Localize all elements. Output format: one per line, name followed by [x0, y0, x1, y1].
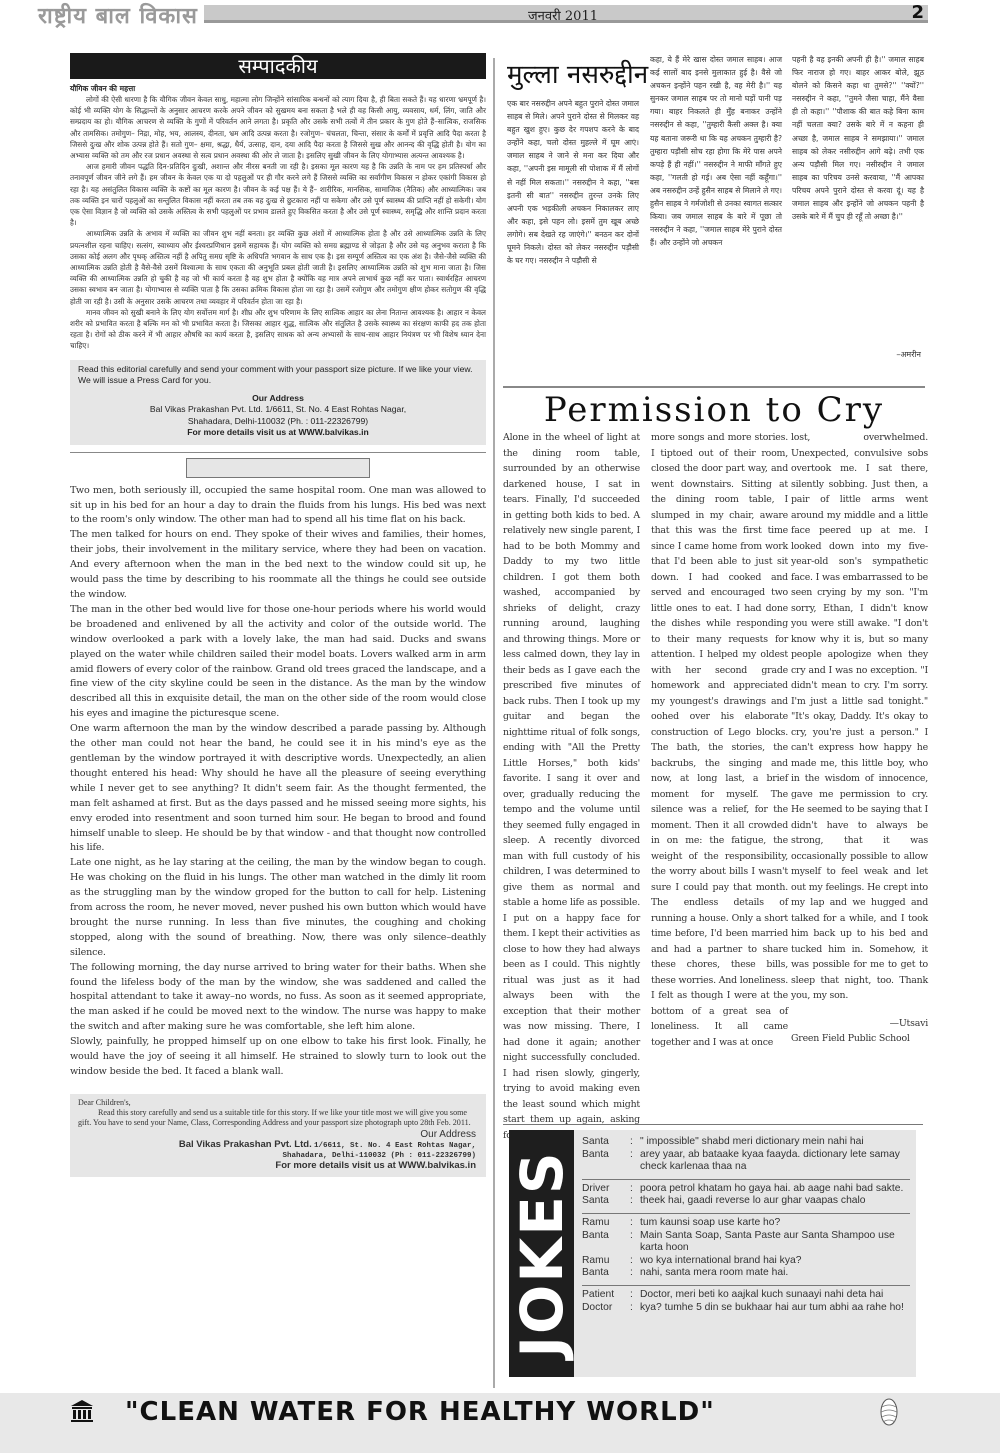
joke-item: Driver:poora petrol khatam ho gaya hai. …	[582, 1180, 910, 1214]
permission-body: Alone in the wheel of light at the dinin…	[503, 430, 925, 1135]
address-line: 1/6611, St. No. 4 East Rohtas Nagar,	[314, 1142, 476, 1150]
joke-line: nahi, santa mera room mate hai.	[640, 1267, 910, 1280]
globe-emblem-icon	[880, 1397, 898, 1427]
jokes-label-band: JOKES	[509, 1130, 574, 1377]
editorial-title: सम्पादकीय	[70, 53, 486, 79]
mulla-nasruddin-section: मुल्ला नसरुद्दीन एक बार नसरुद्दीन अपने ब…	[503, 53, 925, 373]
speaker: Banta	[582, 1149, 630, 1174]
mulla-column-1: एक बार नसरुद्दीन अपने बहुत पुराने दोस्त …	[507, 97, 639, 267]
speaker: Ramu	[582, 1255, 630, 1268]
divider	[503, 386, 925, 388]
speaker: Banta	[582, 1230, 630, 1255]
issue-date: जनवरी 2011	[528, 6, 598, 24]
joke-line: arey yaar, ab bataake kyaa faayda. dicti…	[640, 1149, 910, 1174]
address-line: Shahadara, Delhi-110032 (Ph. : 011-22326…	[78, 416, 478, 428]
jokes-list: Santa:" impossible" shabd meri dictionar…	[574, 1130, 916, 1377]
notice-text: Read this story carefully and send us a …	[78, 1108, 476, 1128]
editorial-paragraph: आध्यात्मिक उन्नति के अभाव में व्यक्ति का…	[70, 228, 486, 306]
address-heading: Our Address	[252, 393, 304, 403]
joke-line: wo kya international brand hai kya?	[640, 1255, 910, 1268]
joke-line: " impossible" shabd meri dictionary mein…	[640, 1136, 910, 1149]
mulla-column-3: पहनी है वह इनकी अपनी ही है।'' जमाल साहब …	[792, 53, 924, 223]
joke-line: theek hai, gaadi reverse lo aur ghar vaa…	[640, 1195, 910, 1208]
column-divider	[493, 58, 495, 1388]
page-number: 2	[911, 2, 924, 23]
address-line: Bal Vikas Prakashan Pvt. Ltd. 1/6611, St…	[78, 404, 478, 416]
permission-school: Green Field Public School	[791, 1031, 928, 1047]
footer-banner: "CLEAN WATER FOR HEALTHY WORLD"	[0, 1393, 1000, 1453]
speaker: Patient	[582, 1289, 630, 1302]
permission-column-3: lost, overwhelmed. Unexpected, convulsiv…	[791, 430, 928, 1047]
editorial-paragraph: लोगों की ऐसी धारणा है कि यौगिक जीवन केवल…	[70, 94, 486, 161]
permission-title: Permission to Cry	[503, 390, 925, 430]
joke-line: Doctor, meri beti ko aajkal kuch sunaayi…	[640, 1289, 910, 1302]
story-paragraph: The man in the other bed would live for …	[70, 603, 486, 722]
speaker: Doctor	[582, 1302, 630, 1315]
right-column: मुल्ला नसरुद्दीन एक बार नसरुद्दीन अपने ब…	[503, 53, 925, 1135]
story-paragraph: The following morning, the day nurse arr…	[70, 961, 486, 1036]
website-link[interactable]: For more details visit us at WWW.balvika…	[78, 1161, 476, 1171]
editorial-paragraph: आज हमारी जीवन पद्धति दिन-प्रतिदिन दुःखी,…	[70, 161, 486, 228]
notice-text: Read this editorial carefully and send y…	[78, 364, 478, 387]
company-name: Bal Vikas Prakashan Pvt. Ltd.	[179, 1139, 312, 1150]
story-paragraph: The men talked for hours on end. They sp…	[70, 528, 486, 603]
joke-item: Patient:Doctor, meri beti ko aajkal kuch…	[582, 1286, 910, 1319]
joke-line: poora petrol khatam ho gaya hai. ab aage…	[640, 1183, 910, 1196]
editorial-body: लोगों की ऐसी धारणा है कि यौगिक जीवन केवल…	[70, 94, 486, 352]
jokes-section: JOKES Santa:" impossible" shabd meri dic…	[509, 1130, 916, 1377]
story-title-blank-box	[186, 458, 370, 478]
editorial-paragraph: मानव जीवन को सुखी बनाने के लिए योग सर्वो…	[70, 307, 486, 352]
divider	[70, 452, 486, 453]
joke-item: Santa:" impossible" shabd meri dictionar…	[582, 1133, 910, 1180]
speaker: Santa	[582, 1136, 630, 1149]
story-paragraph: Late one night, as he lay staring at the…	[70, 856, 486, 960]
unesco-temple-icon	[70, 1399, 94, 1423]
footer-slogan: "CLEAN WATER FOR HEALTHY WORLD"	[125, 1397, 715, 1427]
jokes-label: JOKES	[508, 1150, 576, 1357]
permission-column-1: Alone in the wheel of light at the dinin…	[503, 430, 640, 1143]
speaker: Driver	[582, 1183, 630, 1196]
speaker: Banta	[582, 1267, 630, 1280]
masthead: राष्ट्रीय बाल विकास जनवरी 2011 2	[38, 2, 928, 28]
story-paragraph: Slowly, painfully, he propped himself up…	[70, 1035, 486, 1080]
divider	[503, 1124, 923, 1125]
left-column: सम्पादकीय यौगिक जीवन की महत्ता लोगों की …	[70, 53, 486, 1177]
joke-item: Ramu:tum kaunsi soap use karte ho? Banta…	[582, 1214, 910, 1286]
publication-logo: राष्ट्रीय बाल विकास	[38, 0, 204, 30]
speaker: Ramu	[582, 1217, 630, 1230]
editorial-notice-box: Read this editorial carefully and send y…	[70, 360, 486, 445]
mulla-column-2: कहा, ये हैं मेरे खास दोस्त जमाल साहब। आज…	[650, 53, 782, 249]
permission-author: —Utsavi	[791, 1016, 928, 1032]
speaker: Santa	[582, 1195, 630, 1208]
joke-line: kya? tumhe 5 din se bukhaar hai aur tum …	[640, 1302, 910, 1315]
website-link[interactable]: For more details visit us at WWW.balvika…	[187, 427, 368, 437]
joke-line: tum kaunsi soap use karte ho?	[640, 1217, 910, 1230]
permission-column-3-text: lost, overwhelmed. Unexpected, convulsiv…	[791, 430, 928, 1004]
story-body: Two men, both seriously ill, occupied th…	[70, 484, 486, 1080]
story-paragraph: One warm afternoon the man by the window…	[70, 722, 486, 856]
joke-line: Main Santa Soap, Santa Paste aur Santa S…	[640, 1230, 910, 1255]
story-notice-box: Dear Children's, Read this story careful…	[70, 1094, 486, 1177]
permission-column-2: more songs and more stories. I tiptoed o…	[651, 430, 788, 1050]
mulla-title: मुल्ला नसरुद्दीन	[507, 55, 648, 91]
mulla-credit: –अमरीन	[896, 349, 921, 360]
story-paragraph: Two men, both seriously ill, occupied th…	[70, 484, 486, 529]
editorial-subtitle: यौगिक जीवन की महत्ता	[70, 84, 486, 94]
notice-greeting: Dear Children's,	[78, 1098, 476, 1108]
